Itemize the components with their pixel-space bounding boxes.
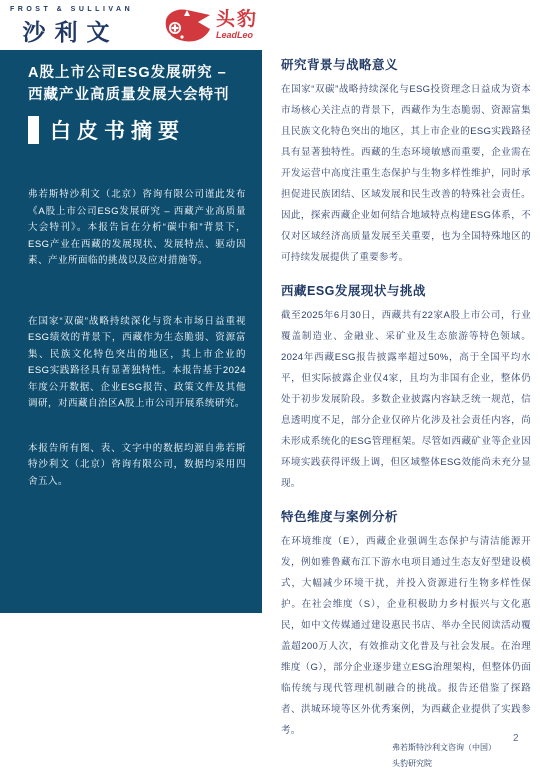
leopard-icon <box>160 8 212 42</box>
report-page: FROST & SULLIVAN 沙利文 头豹 LeadLeo A股上市公司ES… <box>0 0 540 780</box>
page-number: 2 <box>513 733 519 744</box>
subtitle-accent-bar <box>28 116 39 144</box>
shalliwen-wordmark: 沙利文 <box>10 14 122 47</box>
frost-sullivan-wordmark: FROST & SULLIVAN <box>10 6 122 13</box>
section-body: 截至2025年6月30日，西藏共有22家A股上市公司，行业覆盖制造业、金融业、采… <box>281 305 531 494</box>
page-header: FROST & SULLIVAN 沙利文 头豹 LeadLeo <box>0 0 540 50</box>
leadleo-wordmark: 头豹 LeadLeo <box>216 10 258 41</box>
report-title-line2: 西藏产业高质量发展大会特刊 <box>28 84 246 106</box>
section-heading: 西藏ESG发展现状与挑战 <box>281 281 531 299</box>
cover-panel: A股上市公司ESG发展研究 – 西藏产业高质量发展大会特刊 白皮书摘要 弗若斯特… <box>0 50 262 613</box>
section-research-background: 研究背景与战略意义 在国家“双碳”战略持续深化与ESG投资理念日益成为资本市场核… <box>281 55 531 268</box>
section-body: 在环境维度（E），西藏企业强调生态保护与清洁能源开发，例如雅鲁藏布江下游水电项目… <box>281 531 531 741</box>
cover-paragraph: 在国家“双碳”战略持续深化与资本市场日益重视ESG绩效的背景下，西藏作为生态脆弱… <box>28 314 246 413</box>
frost-sullivan-logo: FROST & SULLIVAN 沙利文 <box>10 6 122 47</box>
section-esg-status: 西藏ESG发展现状与挑战 截至2025年6月30日，西藏共有22家A股上市公司，… <box>281 281 531 494</box>
report-title-line1: A股上市公司ESG发展研究 – <box>28 62 246 84</box>
section-heading: 研究背景与战略意义 <box>281 55 531 73</box>
section-body: 在国家“双碳”战略持续深化与ESG投资理念日益成为资本市场核心关注点的背景下，西… <box>281 79 531 268</box>
subtitle-row: 白皮书摘要 <box>28 115 246 145</box>
section-case-analysis: 特色维度与案例分析 在环境维度（E），西藏企业强调生态保护与清洁能源开发，例如雅… <box>281 507 531 741</box>
leadleo-logo: 头豹 LeadLeo <box>160 8 258 42</box>
leadleo-cn-text: 头豹 <box>216 10 258 30</box>
report-subtitle: 白皮书摘要 <box>50 115 185 145</box>
section-heading: 特色维度与案例分析 <box>281 507 531 525</box>
footer-org-line1: 弗若斯特沙利文咨询（中国） <box>392 740 496 756</box>
footer-org-line2: 头豹研究院 <box>392 756 496 772</box>
footer-organization: 弗若斯特沙利文咨询（中国） 头豹研究院 <box>392 740 496 772</box>
cover-paragraph: 弗若斯特沙利文（北京）咨询有限公司谨此发布《A股上市公司ESG发展研究 – 西藏… <box>28 187 246 270</box>
summary-column: 研究背景与战略意义 在国家“双碳”战略持续深化与ESG投资理念日益成为资本市场核… <box>281 50 531 741</box>
cover-paragraph: 本报告所有图、表、文字中的数据均源自弗若斯特沙利文（北京）咨询有限公司，数据均采… <box>28 441 246 491</box>
leadleo-en-text: LeadLeo <box>216 30 258 41</box>
